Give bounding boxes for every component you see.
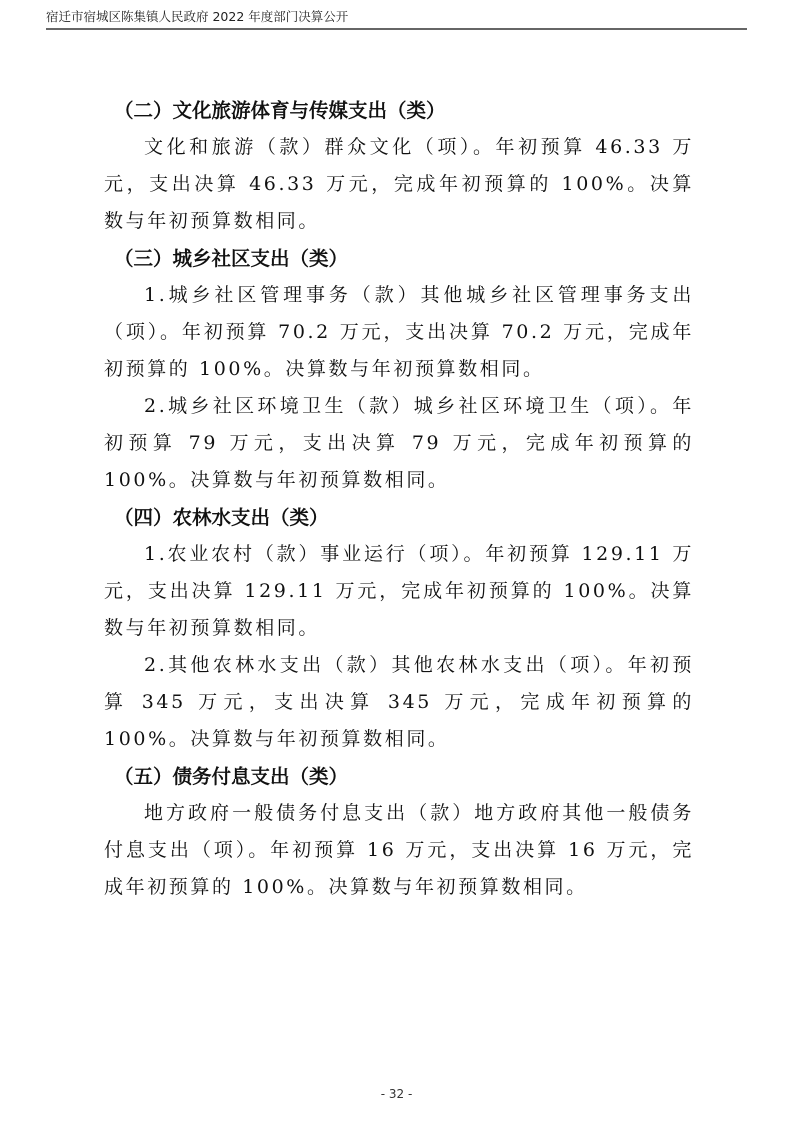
- paragraph-debt-interest: 地方政府一般债务付息支出（款）地方政府其他一般债务付息支出（项）。年初预算 16…: [104, 795, 694, 906]
- section-heading-culture: （二）文化旅游体育与传媒支出（类）: [104, 92, 694, 129]
- paragraph-urban-rural-2: 2.城乡社区环境卫生（款）城乡社区环境卫生（项）。年初预算 79 万元，支出决算…: [104, 388, 694, 499]
- document-header: 宿迁市宿城区陈集镇人民政府 2022 年度部门决算公开: [46, 7, 348, 25]
- paragraph-agriculture-1: 1.农业农村（款）事业运行（项）。年初预算 129.11 万元，支出决算 129…: [104, 536, 694, 647]
- section-heading-agriculture: （四）农林水支出（类）: [104, 499, 694, 536]
- paragraph-culture: 文化和旅游（款）群众文化（项）。年初预算 46.33 万元，支出决算 46.33…: [104, 129, 694, 240]
- section-heading-urban-rural: （三）城乡社区支出（类）: [104, 240, 694, 277]
- page-number: - 32 -: [0, 1087, 793, 1101]
- paragraph-urban-rural-1: 1.城乡社区管理事务（款）其他城乡社区管理事务支出（项）。年初预算 70.2 万…: [104, 277, 694, 388]
- section-heading-debt-interest: （五）债务付息支出（类）: [104, 758, 694, 795]
- document-body: （二）文化旅游体育与传媒支出（类） 文化和旅游（款）群众文化（项）。年初预算 4…: [104, 92, 694, 906]
- header-rule: [46, 28, 747, 30]
- paragraph-agriculture-2: 2.其他农林水支出（款）其他农林水支出（项）。年初预算 345 万元，支出决算 …: [104, 647, 694, 758]
